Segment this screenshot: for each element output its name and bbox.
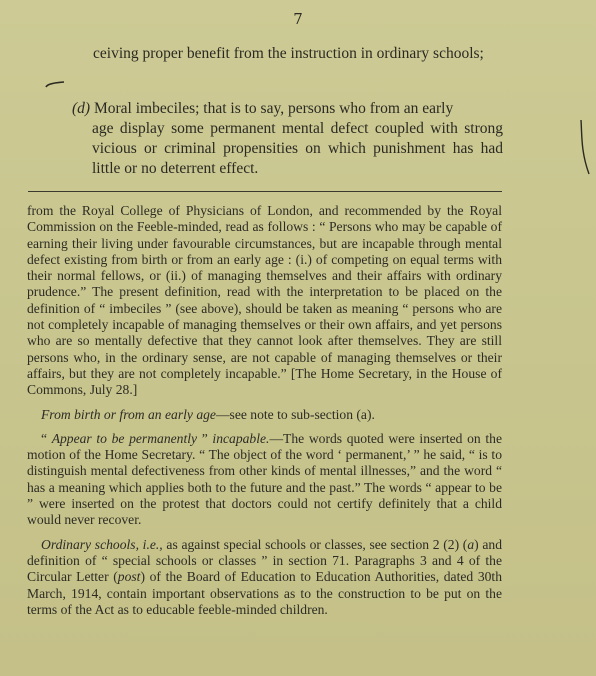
item-d-first-text: Moral imbeciles; that is to say, persons…: [94, 100, 453, 117]
note-paragraph-ordinary-schools: Ordinary schools, i.e., as against speci…: [27, 537, 502, 618]
note-paragraph-from-birth: From birth or from an early age—see note…: [27, 407, 502, 423]
main-text-continuation: ceiving proper benefit from the instruct…: [93, 44, 503, 64]
note-paragraph-definition: from the Royal College of Physicians of …: [27, 203, 502, 399]
item-marker: (d): [72, 100, 90, 117]
pen-margin-bracket-icon: [578, 118, 592, 178]
pen-tick-mark-icon: [44, 80, 66, 88]
definition-item-d: (d) Moral imbeciles; that is to say, per…: [72, 99, 503, 179]
item-d-rest-text: age display some permanent mental defect…: [92, 119, 503, 179]
note-heading: Appear to be permanently: [52, 431, 197, 446]
page-number: 7: [0, 10, 596, 28]
footnote-divider: [28, 191, 502, 192]
note-heading: From birth or from an early age: [41, 407, 216, 422]
footnotes-section: from the Royal College of Physicians of …: [27, 203, 502, 618]
item-d-first-line: (d) Moral imbeciles; that is to say, per…: [72, 99, 503, 119]
note-paragraph-appear-permanently: “ Appear to be permanently ” incapable.—…: [27, 431, 502, 529]
continuation-text: ceiving proper benefit from the instruct…: [93, 44, 503, 64]
note-heading: Ordinary schools, i.e.,: [41, 537, 163, 552]
